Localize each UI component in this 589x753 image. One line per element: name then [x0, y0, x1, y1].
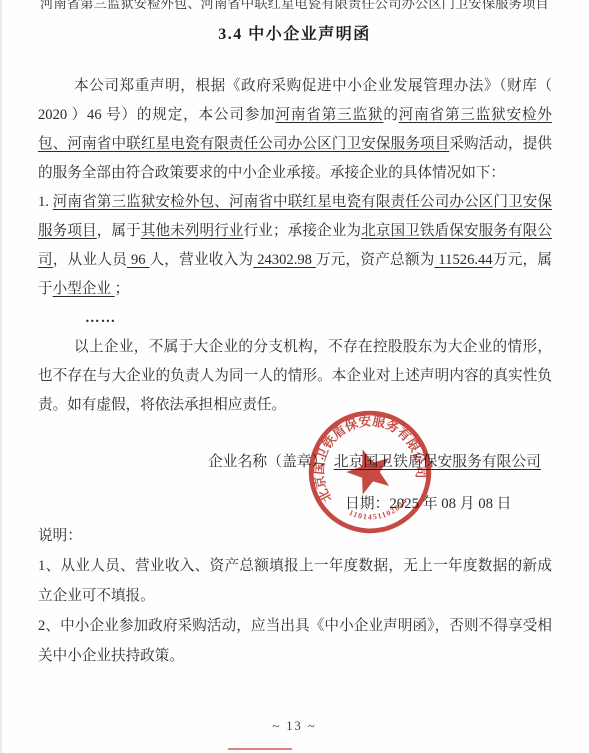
- company-seal: 北京国卫铁盾保安服务有限公司 1101451102844: [306, 408, 434, 536]
- revenue-suffix: 万元，资产总额为: [316, 252, 435, 268]
- enterprise-item: 1. 河南省第三监狱安检外包、河南省中联红星电瓷有限责任公司办公区门卫安保服务项…: [38, 188, 552, 304]
- signature-date-line: 日期：2025 年 08 月 08 日: [345, 492, 511, 513]
- notes-heading: 说明：: [38, 521, 552, 551]
- industry-field: 其他未列明行业: [141, 223, 244, 239]
- purchaser-name-underlined: 河南省第三监狱: [276, 107, 384, 123]
- responsibility-paragraph: 以上企业，不属于大企业的分支机构，不存在控股股东为大企业的情形，也不存在与大企业…: [38, 333, 552, 420]
- item-index: 1.: [38, 194, 53, 210]
- page-number: ~ 13 ~: [0, 719, 589, 734]
- scan-artifact-line: [228, 748, 292, 750]
- company-label: 企业名称（盖章）：: [208, 454, 334, 470]
- ellipsis-line: ……: [38, 304, 552, 333]
- assets-field: 11526.44: [435, 252, 493, 268]
- running-header: 河南省第三监狱安检外包、河南省中联红星电瓷有限责任公司办公区门卫安保服务项目: [0, 0, 589, 12]
- staff-label: ，从业人员: [53, 252, 127, 268]
- note-2: 2、中小企业参加政府采购活动，应当出具《中小企业声明函》，否则不得享受相关中小企…: [38, 611, 552, 671]
- enterprise-size-field: 小型企业: [53, 281, 115, 297]
- scan-left-edge: [0, 0, 2, 753]
- item-end: ；: [115, 281, 130, 297]
- date-label: 日期：: [345, 496, 389, 512]
- declaration-of: 的: [383, 107, 398, 123]
- seal-ring: [306, 408, 434, 536]
- document-body: 本公司郑重声明，根据《政府采购促进中小企业发展管理办法》（财库（ 2020 ）4…: [38, 72, 552, 420]
- note-1: 1、从业人员、营业收入、资产总额填报上一年度数据，无上一年度数据的新成立企业可不…: [38, 551, 552, 611]
- page-title: 3.4 中小企业声明函: [0, 21, 589, 44]
- date-value: 2025 年 08 月 08 日: [389, 496, 511, 512]
- notes-section: 说明： 1、从业人员、营业收入、资产总额填报上一年度数据，无上一年度数据的新成立…: [38, 521, 552, 671]
- document-page: 河南省第三监狱安检外包、河南省中联红星电瓷有限责任公司办公区门卫安保服务项目 3…: [0, 0, 589, 753]
- signature-company-name: 北京国卫铁盾保安服务有限公司: [334, 454, 541, 470]
- signature-company-line: 企业名称（盖章）：北京国卫铁盾保安服务有限公司: [208, 450, 541, 471]
- item-industry-suffix: 行业；承接企业为: [244, 223, 362, 239]
- staff-count-field: 96: [127, 252, 149, 268]
- declaration-paragraph: 本公司郑重声明，根据《政府采购促进中小企业发展管理办法》（财库（ 2020 ）4…: [38, 72, 552, 188]
- revenue-field: 24302.98: [253, 252, 316, 268]
- staff-suffix: 人，营业收入为: [149, 252, 253, 268]
- item-belongs: ，属于: [97, 223, 141, 239]
